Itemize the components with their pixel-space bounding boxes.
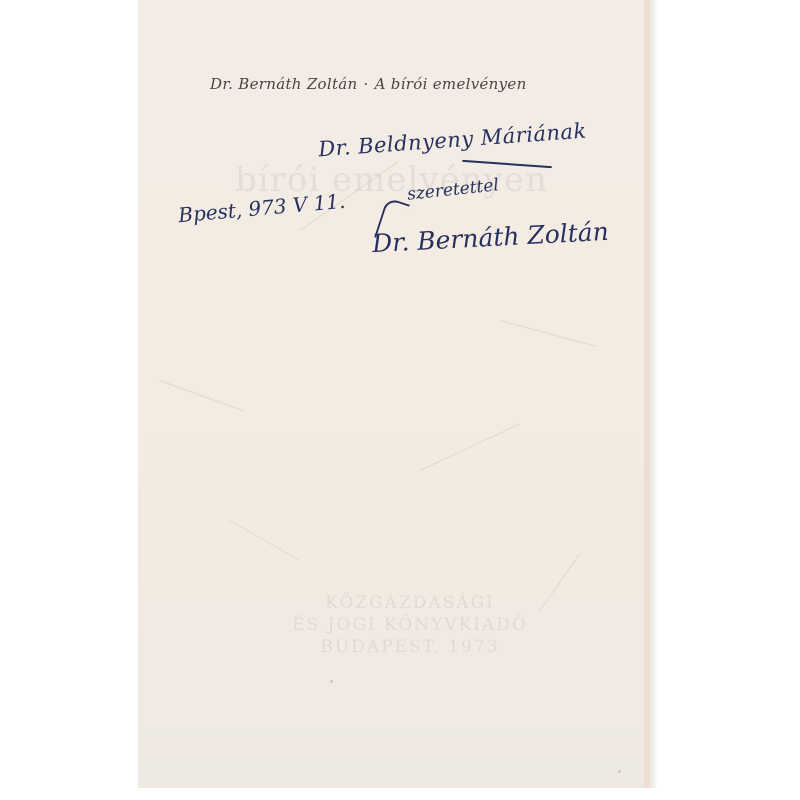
publisher-line: KÖZGAZDASÁGI	[270, 592, 550, 614]
showthrough-publisher: KÖZGAZDASÁGI ÉS JOGI KÖNYVKIADÓ BUDAPEST…	[270, 592, 550, 658]
book-page	[138, 0, 650, 788]
page-edge	[644, 0, 658, 788]
publisher-line: BUDAPEST, 1973	[270, 636, 550, 658]
paper-speck	[330, 680, 333, 683]
scan-background: bírói emelvényen KÖZGAZDASÁGI ÉS JOGI KÖ…	[0, 0, 800, 800]
publisher-line: ÉS JOGI KÖNYVKIADÓ	[270, 614, 550, 636]
author-name: Dr. Bernáth Zoltán	[210, 75, 358, 93]
header-separator: ·	[364, 75, 369, 93]
paper-speck	[618, 770, 621, 773]
book-title: A bírói emelvényen	[375, 75, 527, 93]
printed-header: Dr. Bernáth Zoltán·A bírói emelvényen	[210, 75, 527, 93]
